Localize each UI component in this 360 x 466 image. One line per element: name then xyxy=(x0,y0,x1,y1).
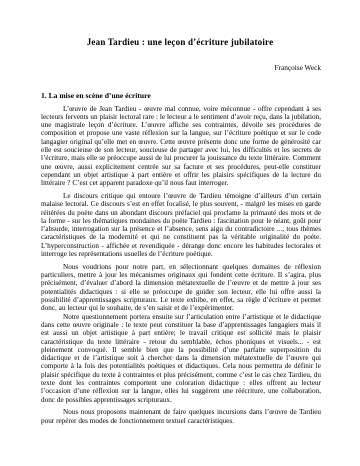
document-page: Jean Tardieu : une leçon d’écriture jubi… xyxy=(0,0,360,466)
paragraph-5: Nous nous proposons maintenant de faire … xyxy=(41,408,321,425)
paragraph-2: Le discours critique qui entoure l’œuvre… xyxy=(41,192,321,258)
paragraph-4: Notre questionnement portera ensuite sur… xyxy=(41,313,321,404)
page-title: Jean Tardieu : une leçon d’écriture jubi… xyxy=(40,37,320,48)
paragraph-1: L’œuvre de Jean Tardieu - œuvre mal conn… xyxy=(41,105,321,188)
section-heading: 1. La mise en scène d’une écriture xyxy=(41,92,321,101)
paragraph-3: Nous voudrions pour notre part, en sélec… xyxy=(41,263,321,313)
author-name: Françoise Weck xyxy=(41,64,321,72)
